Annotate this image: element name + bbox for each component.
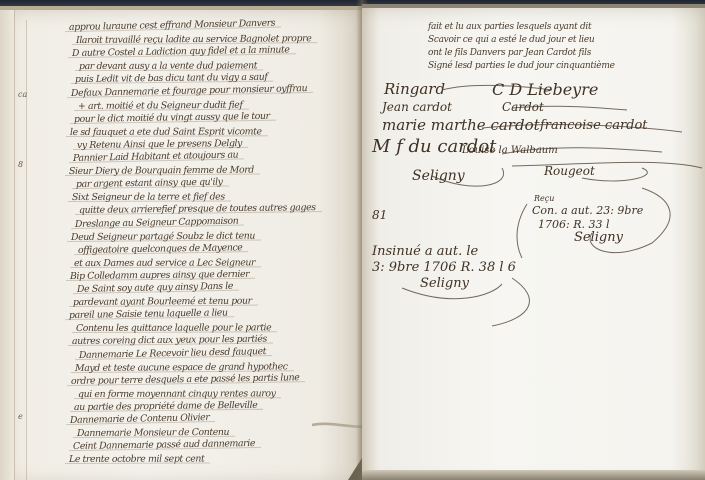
- signature-ringard: Ringard: [384, 80, 445, 98]
- manuscript-line: vy Retenu Ainsi que le presens Delgly: [77, 138, 242, 151]
- margin-mark: 81: [372, 208, 387, 222]
- signature-liebeyre: C D Liebeyre: [492, 80, 598, 99]
- closing-line: fait et lu aux parties lesquels ayant di…: [428, 22, 591, 32]
- registration-signature: Seligny: [420, 276, 469, 291]
- signature-seligny: Seligny: [412, 168, 465, 184]
- signature-louise-la-walbaum: Louise la Walbaum: [462, 145, 558, 156]
- registration-line: Insinué a aut. le: [372, 244, 478, 259]
- manuscript-line: Defaux Dannemarie et fourage pour monsie…: [71, 83, 307, 99]
- manuscript-line: Sieur Diery de Bourquain femme de Mord: [69, 165, 254, 177]
- page-bottom-edge: [362, 470, 705, 480]
- margin-note: ca: [18, 90, 27, 99]
- manuscript-line: offigeatoire quelconques de Mayence: [78, 242, 243, 256]
- manuscript-line: + art. moitié et du Seigneur dudit fief: [78, 99, 243, 111]
- signature-francoise-cardot: francoise cardot: [540, 118, 648, 133]
- manuscript-line: De Saint soy aute quy ainsy Dans le: [77, 281, 233, 295]
- manuscript-line: quitte deux arrierefief presque de toute…: [79, 203, 316, 217]
- registration-line: Reçu: [534, 194, 554, 203]
- manuscript-line: et aux Dames aud service a Lec Seigneur: [74, 257, 255, 269]
- manuscript-line: qui en forme moyennant cinquy rentes aur…: [78, 388, 275, 400]
- manuscript-line: autres coreing dict aux yeux pour les pa…: [72, 334, 267, 347]
- manuscript-line: Dannemarie de Contenu Olivier: [70, 412, 210, 426]
- manuscript-spread: ca 8 e approu luraune cest effrand Monsi…: [0, 0, 705, 480]
- manuscript-line: ordre pour terre desquels a ete passé le…: [71, 372, 300, 387]
- signature-jean-cardot: Jean cardot: [382, 100, 452, 114]
- manuscript-line: Dannemarie Le Recevoir lieu desd fauquet: [79, 346, 266, 361]
- registration-signature: Seligny: [574, 230, 623, 245]
- manuscript-line: Dannemarie Monsieur de Contenu: [77, 427, 229, 439]
- closing-line: Scavoir ce qui a esté le dud jour et lie…: [428, 35, 594, 45]
- manuscript-line: D autre Costel a Ladiction quy fidel et …: [72, 45, 290, 60]
- manuscript-line: par argent estant ainsy que qu'ily: [76, 177, 223, 190]
- manuscript-line: pardevant ayant Bourleemé et tenu pour: [73, 296, 252, 308]
- manuscript-line: pour le dict moitié du vingt aussy que l…: [74, 110, 270, 124]
- registration-line: Con. a aut. 23: 9bre: [532, 204, 643, 217]
- manuscript-line: approu luraune cest effrand Monsieur Dan…: [69, 18, 275, 33]
- manuscript-line: Deud Seigneur partagé Soubz le dict tenu: [71, 230, 255, 242]
- manuscript-line: le sd fauquet a ete dud Saint Esprit vic…: [70, 126, 262, 138]
- manuscript-line: Dreslange au Seigneur Cappomaison: [75, 215, 239, 229]
- manuscript-line: pareil une Saisie tenu laquelle a lieu: [69, 308, 228, 322]
- left-page: ca 8 e approu luraune cest effrand Monsi…: [0, 6, 362, 480]
- margin-note: 8: [18, 160, 23, 169]
- manuscript-line: Sixt Seigneur de la terre et fief des: [72, 192, 225, 204]
- manuscript-line: Pannier Laid Habitant et atoujours au: [73, 150, 238, 164]
- manuscript-line: Bip Colledamm aupres ainsy que dernier: [70, 269, 249, 282]
- signature-cardot: Cardot: [502, 100, 544, 114]
- manuscript-line: Le trente octobre mil sept cent: [69, 454, 204, 465]
- manuscript-line: Mayd et teste aucune espace de grand hyp…: [75, 361, 288, 374]
- manuscript-line: Contenu les quittance laquelle pour le p…: [76, 323, 271, 335]
- signature-marie-marthe-cardot: marie marthe cardot: [382, 116, 540, 134]
- page-fold-line: [26, 20, 27, 480]
- registration-line: 3: 9bre 1706 R. 38 l 6: [372, 260, 516, 275]
- signature-rougeot: Rougeot: [544, 164, 595, 178]
- underlying-sheet-edge: [0, 10, 15, 480]
- closing-line: ont le fils Danvers par Jean Cardot fils: [428, 48, 591, 58]
- manuscript-line: puis Ledit vit de bas dicu tant du vigy …: [75, 72, 268, 85]
- manuscript-line: Ceint Dannemarie passé aud dannemarie: [73, 438, 255, 452]
- margin-note: e: [18, 412, 23, 421]
- closing-line: Signé lesd parties le dud jour cinquanti…: [428, 61, 615, 71]
- manuscript-line: au partie des propriété dame de Bellevil…: [74, 400, 257, 413]
- right-page: fait et lu aux parties lesquels ayant di…: [362, 4, 705, 480]
- manuscript-line: par devant ausy a la vente dud paiement: [79, 61, 257, 73]
